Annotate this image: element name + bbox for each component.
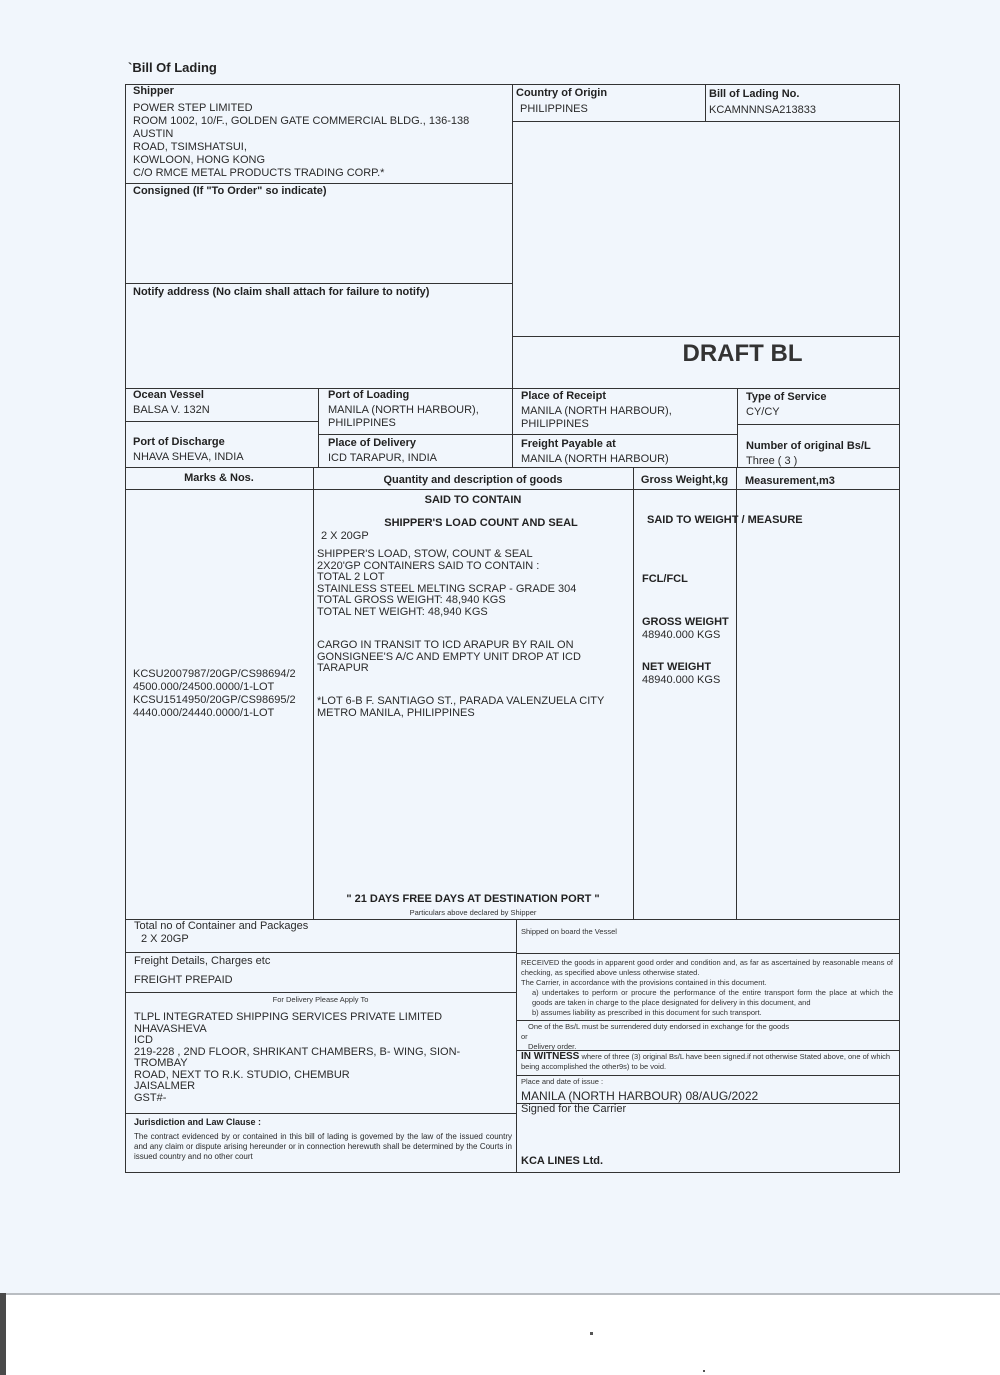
said-to-weight-measure: SAID TO WEIGHT / MEASURE: [647, 514, 907, 527]
total-packages-label: Total no of Container and Packages: [134, 920, 504, 933]
place-of-receipt-section: Place of Receipt MANILA (NORTH HARBOUR),…: [521, 390, 731, 431]
divider: [125, 489, 900, 490]
divider: [125, 1113, 516, 1114]
shipper-label: Shipper: [133, 85, 508, 98]
gross-weight-value: 48940.000 KGS: [642, 629, 734, 642]
ocean-vessel-value: BALSA V. 132N: [133, 404, 313, 417]
shipped-on-board-label: Shipped on board the Vessel: [521, 927, 891, 937]
freight-details-label: Freight Details, Charges etc: [134, 955, 504, 968]
divider: [516, 1075, 900, 1076]
place-of-delivery-value: ICD TARAPUR, INDIA: [328, 452, 513, 465]
consignee-label: Consigned (If "To Order" so indicate): [133, 185, 508, 198]
divider: [512, 121, 900, 122]
freight-details-section: Freight Details, Charges etc FREIGHT PRE…: [134, 955, 504, 987]
column-header-measurement: Measurement,m3: [745, 475, 895, 488]
divider: [516, 953, 900, 954]
issue-place-date: MANILA (NORTH HARBOUR) 08/AUG/2022: [521, 1090, 893, 1103]
freight-payable-section: Freight Payable at MANILA (NORTH HARBOUR…: [521, 438, 731, 466]
place-of-receipt-label: Place of Receipt: [521, 390, 731, 403]
declared-by-shipper-note: Particulars above declared by Shipper: [313, 908, 633, 918]
freight-details-value: FREIGHT PREPAID: [134, 974, 504, 987]
divider: [125, 467, 900, 468]
bl-number-section: Bill of Lading No. KCAMNNNSA213833: [709, 88, 897, 117]
surrender-line-1: One of the Bs/L must be surrendered duty…: [521, 1022, 893, 1032]
type-of-service-section: Type of Service CY/CY: [746, 391, 896, 419]
shipper-address: POWER STEP LIMITED ROOM 1002, 10/F., GOL…: [133, 102, 508, 180]
draft-watermark: DRAFT BL: [512, 340, 898, 368]
notify-label: Notify address (No claim shall attach fo…: [133, 286, 508, 299]
transit-note: CARGO IN TRANSIT TO ICD ARAPUR BY RAIL O…: [317, 640, 629, 675]
scan-speck: [590, 1332, 593, 1335]
freight-payable-value: MANILA (NORTH HARBOUR): [521, 453, 731, 466]
divider: [125, 952, 516, 953]
port-of-discharge-section: Port of Discharge NHAVA SHEVA, INDIA: [133, 436, 313, 464]
carrier-name: KCA LINES Ltd.: [521, 1155, 893, 1168]
jurisdiction-label: Jurisdiction and Law Clause :: [134, 1116, 512, 1129]
clause-a: a) undertakes to perform or procure the …: [521, 988, 893, 1008]
divider: [633, 467, 634, 919]
type-of-service-value: CY/CY: [746, 406, 896, 419]
freight-payable-label: Freight Payable at: [521, 438, 731, 451]
terms-received: RECEIVED the goods in apparent good orde…: [521, 958, 893, 1018]
ocean-vessel-label: Ocean Vessel: [133, 389, 313, 402]
port-of-loading-section: Port of Loading MANILA (NORTH HARBOUR), …: [328, 389, 513, 430]
divider: [516, 1020, 900, 1021]
place-of-delivery-label: Place of Delivery: [328, 437, 513, 450]
jurisdiction-text: The contract evidenced by or contained i…: [134, 1132, 512, 1162]
surrender-terms: One of the Bs/L must be surrendered duty…: [521, 1022, 893, 1052]
divider: [512, 336, 900, 337]
net-weight-block: NET WEIGHT 48940.000 KGS: [642, 661, 734, 687]
container-quantity: 2 X 20GP: [321, 530, 621, 543]
clause-b: b) assumes liability as prescribed in th…: [521, 1008, 893, 1018]
country-of-origin-section: Country of Origin PHILIPPINES: [516, 87, 704, 116]
signed-for-carrier-label: Signed for the Carrier: [521, 1103, 893, 1116]
issue-section: Place and date of issue : MANILA (NORTH …: [521, 1077, 893, 1103]
in-witness-lead: IN WITNESS: [521, 1051, 579, 1062]
document-title: `Bill Of Lading: [128, 60, 217, 75]
divider: [125, 183, 512, 184]
port-of-discharge-label: Port of Discharge: [133, 436, 313, 449]
port-of-discharge-value: NHAVA SHEVA, INDIA: [133, 451, 313, 464]
scan-speck: [703, 1370, 705, 1372]
surrender-or: or: [521, 1032, 893, 1042]
divider: [736, 467, 737, 919]
shipper-section: Shipper POWER STEP LIMITED ROOM 1002, 10…: [133, 85, 508, 180]
port-of-loading-label: Port of Loading: [328, 389, 513, 402]
place-of-delivery-section: Place of Delivery ICD TARAPUR, INDIA: [328, 437, 513, 465]
consignee-section: Consigned (If "To Order" so indicate): [133, 185, 508, 198]
port-of-loading-value: MANILA (NORTH HARBOUR), PHILIPPINES: [328, 404, 513, 430]
divider: [737, 424, 900, 425]
divider: [125, 992, 516, 993]
original-bls-label: Number of original Bs/L: [746, 440, 896, 453]
type-of-service-label: Type of Service: [746, 391, 896, 404]
issue-label: Place and date of issue :: [521, 1077, 893, 1087]
said-to-contain: SAID TO CONTAIN: [313, 494, 633, 507]
pickup-address-note: *LOT 6-B F. SANTIAGO ST., PARADA VALENZU…: [317, 696, 629, 719]
divider: [318, 434, 737, 435]
original-bls-section: Number of original Bs/L Three ( 3 ): [746, 440, 896, 468]
bl-number-value: KCAMNNNSA213833: [709, 104, 897, 117]
total-packages-section: Total no of Container and Packages 2 X 2…: [134, 920, 504, 946]
country-of-origin-label: Country of Origin: [516, 87, 704, 100]
ocean-vessel-section: Ocean Vessel BALSA V. 132N: [133, 389, 313, 417]
delivery-agent-label: For Delivery Please Apply To: [125, 995, 516, 1005]
free-days-note: " 21 DAYS FREE DAYS AT DESTINATION PORT …: [313, 893, 633, 906]
column-header-marks: Marks & Nos.: [125, 472, 313, 485]
column-header-gross-weight: Gross Weight,kg: [633, 474, 736, 487]
received-clause: RECEIVED the goods in apparent good orde…: [521, 958, 893, 978]
divider: [516, 919, 517, 1173]
country-of-origin-value: PHILIPPINES: [516, 103, 704, 116]
scan-edge: [0, 1293, 6, 1375]
marks-and-numbers: KCSU2007987/20GP/CS98694/2 4500.000/2450…: [133, 668, 313, 720]
fcl-fcl: FCL/FCL: [642, 573, 732, 586]
net-weight-label: NET WEIGHT: [642, 661, 734, 674]
divider: [318, 388, 319, 467]
divider: [125, 421, 318, 422]
jurisdiction-section: Jurisdiction and Law Clause : The contra…: [134, 1116, 512, 1162]
column-header-description: Quantity and description of goods: [313, 474, 633, 487]
notify-section: Notify address (No claim shall attach fo…: [133, 286, 508, 299]
divider: [737, 388, 738, 467]
divider: [125, 283, 512, 284]
delivery-agent-address: TLPL INTEGRATED SHIPPING SERVICES PRIVAT…: [134, 1012, 512, 1104]
total-packages-value: 2 X 20GP: [134, 933, 504, 946]
gross-weight-block: GROSS WEIGHT 48940.000 KGS: [642, 616, 734, 642]
bl-number-label: Bill of Lading No.: [709, 88, 897, 101]
place-of-receipt-value: MANILA (NORTH HARBOUR), PHILIPPINES: [521, 405, 731, 431]
carrier-intro: The Carrier, in accordance with the prov…: [521, 978, 893, 988]
goods-description: SHIPPER'S LOAD, STOW, COUNT & SEAL 2X20'…: [317, 549, 629, 618]
divider: [313, 467, 314, 919]
gross-weight-label: GROSS WEIGHT: [642, 616, 734, 629]
shippers-load-count-seal: SHIPPER'S LOAD COUNT AND SEAL: [313, 517, 649, 530]
in-witness-clause: IN WITNESS where of three (3) original B…: [521, 1052, 893, 1072]
net-weight-value: 48940.000 KGS: [642, 674, 734, 687]
divider: [705, 84, 706, 121]
